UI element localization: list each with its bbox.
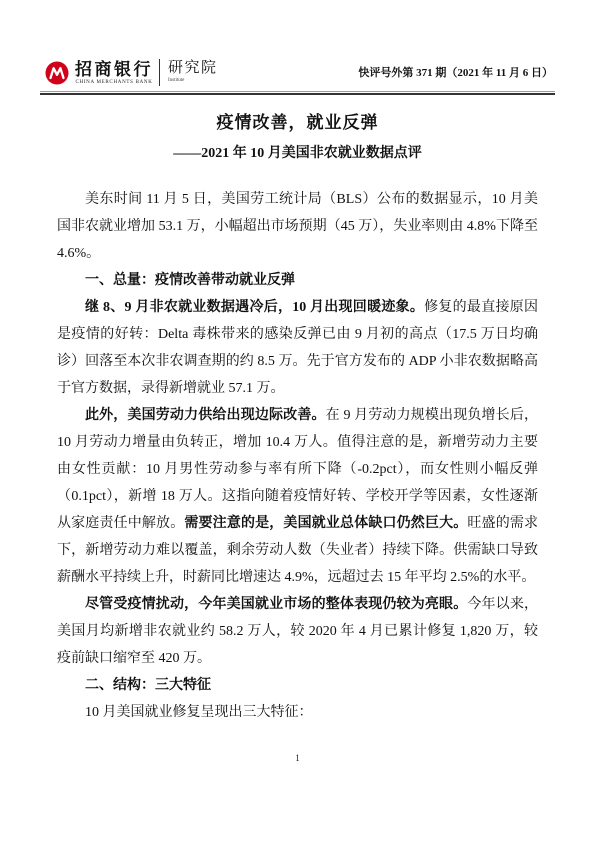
brand-divider: [159, 59, 160, 86]
page-footer: 1: [0, 753, 595, 763]
section-heading: 二、结构：三大特征: [57, 672, 538, 699]
paragraph: 此外，美国劳动力供给出现边际改善。在 9 月劳动力规模出现负增长后，10 月劳动…: [57, 402, 538, 591]
division-subtext: Institute: [168, 78, 218, 83]
header-rule: [40, 91, 555, 95]
paragraph: 继 8、9 月非农就业数据遇冷后，10 月出现回暖迹象。修复的最直接原因是疫情的…: [57, 294, 538, 402]
text-run: 美东时间 11 月 5 日，美国劳工统计局（BLS）公布的数据显示，10 月美国…: [57, 192, 538, 261]
section-heading: 一、总量：疫情改善带动就业反弹: [57, 267, 538, 294]
brand-block: 招商银行 CHINA MERCHANTS BANK 研究院 Institute: [45, 59, 218, 86]
issue-info: 快评号外第 371 期（2021 年 11 月 6 日）: [358, 64, 553, 86]
document-body: 美东时间 11 月 5 日，美国劳工统计局（BLS）公布的数据显示，10 月美国…: [57, 186, 538, 726]
bold-text-run: 一、总量：疫情改善带动就业反弹: [85, 273, 295, 288]
bank-name: 招商银行: [75, 61, 153, 78]
bank-name-english: CHINA MERCHANTS BANK: [75, 80, 153, 85]
bank-name-block: 招商银行 CHINA MERCHANTS BANK: [75, 61, 153, 85]
division-block: 研究院 Institute: [168, 61, 218, 84]
paragraph: 美东时间 11 月 5 日，美国劳工统计局（BLS）公布的数据显示，10 月美国…: [57, 186, 538, 267]
bold-text-run: 此外，美国劳动力供给出现边际改善。: [85, 408, 326, 423]
bold-text-run: 尽管受疫情扰动，今年美国就业市场的整体表现仍较为亮眼。: [85, 597, 467, 612]
cmb-logo-icon: [45, 61, 69, 85]
paragraph: 10 月美国就业修复呈现出三大特征：: [57, 699, 538, 726]
bold-text-run: 二、结构：三大特征: [85, 678, 211, 693]
bold-text-run: 继 8、9 月非农就业数据遇冷后，10 月出现回暖迹象。: [85, 300, 424, 315]
division-name: 研究院: [168, 61, 218, 76]
text-run: 在 9 月劳动力规模出现负增长后，10 月劳动力增量由负转正，增加 10.4 万…: [57, 408, 538, 531]
report-page: 招商银行 CHINA MERCHANTS BANK 研究院 Institute …: [0, 0, 595, 842]
report-subtitle: ——2021 年 10 月美国非农就业数据点评: [0, 142, 595, 162]
text-run: 10 月美国就业修复呈现出三大特征：: [85, 705, 313, 720]
report-header: 招商银行 CHINA MERCHANTS BANK 研究院 Institute …: [0, 0, 595, 86]
paragraph: 尽管受疫情扰动，今年美国就业市场的整体表现仍较为亮眼。今年以来，美国月均新增非农…: [57, 591, 538, 672]
report-title: 疫情改善，就业反弹: [0, 108, 595, 133]
bold-text-run: 需要注意的是，美国就业总体缺口仍然巨大。: [184, 516, 467, 531]
page-number: 1: [295, 753, 300, 763]
